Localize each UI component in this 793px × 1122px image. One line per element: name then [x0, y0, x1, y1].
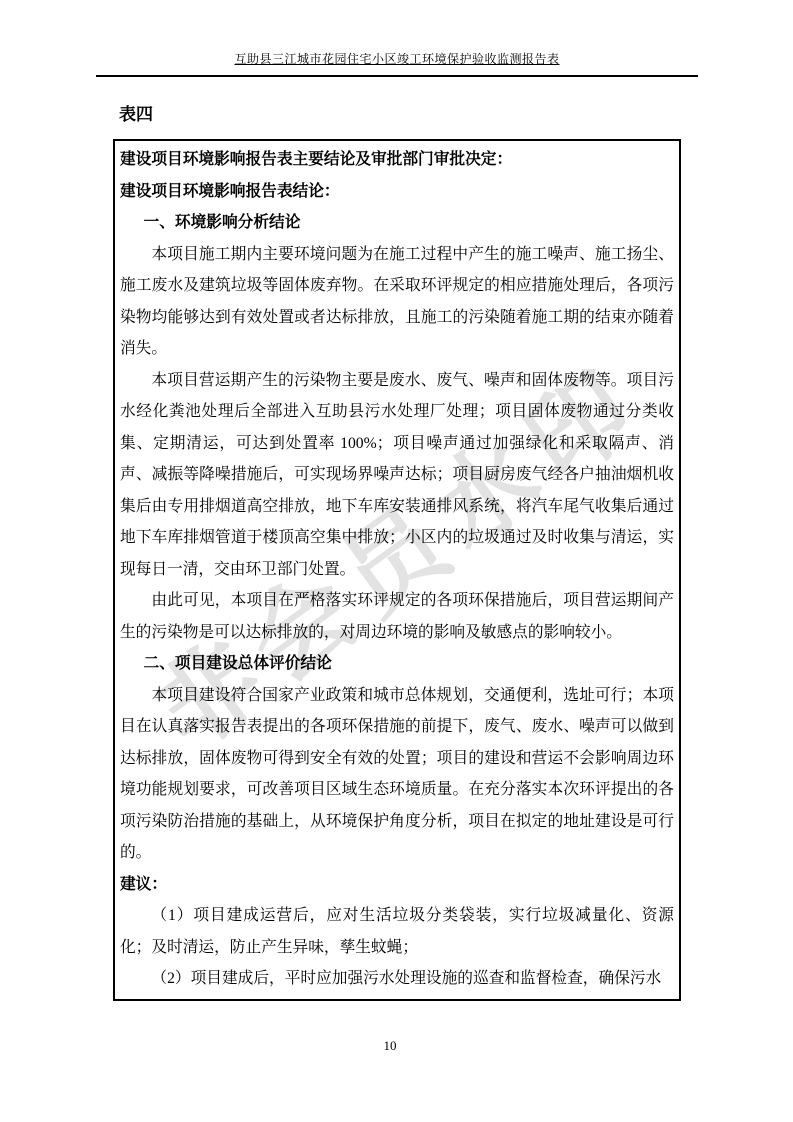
page-number: 10 [0, 1038, 780, 1054]
header-title: 互助县三江城市花园住宅小区竣工环境保护验收监测报告表 [234, 52, 559, 66]
table-paragraph: 建设项目环境影响报告表结论： [120, 176, 674, 208]
table-paragraph: 二、项目建设总体评价结论 [120, 648, 674, 680]
table-paragraph: 本项目营运期产生的污染物主要是废水、废气、噪声和固体废物等。项目污水经化粪池处理… [120, 365, 674, 586]
table-paragraph: （2）项目建成后，平时应加强污水处理设施的巡查和监督检查，确保污水 [120, 963, 674, 995]
table-paragraph: 由此可见，本项目在严格落实环评规定的各项环保措施后，项目营运期间产生的污染物是可… [120, 585, 674, 648]
table-paragraph: 建议： [120, 869, 674, 901]
table-paragraph: 本项目建设符合国家产业政策和城市总体规划，交通便利，选址可行；本项目在认真落实报… [120, 680, 674, 869]
table-label: 表四 [119, 100, 153, 125]
table-paragraph: （1）项目建成运营后，应对生活垃圾分类袋装，实行垃圾减量化、资源化；及时清运，防… [120, 900, 674, 963]
table-paragraph: 一、环境影响分析结论 [120, 207, 674, 239]
table-paragraph: 本项目施工期内主要环境问题为在施工过程中产生的施工噪声、施工扬尘、施工废水及建筑… [120, 239, 674, 365]
page-header: 互助县三江城市花园住宅小区竣工环境保护验收监测报告表 [96, 50, 698, 77]
report-table: 建设项目环境影响报告表主要结论及审批部门审批决定：建设项目环境影响报告表结论：一… [113, 139, 681, 1001]
table-paragraph: 建设项目环境影响报告表主要结论及审批部门审批决定： [120, 144, 674, 176]
table-content: 建设项目环境影响报告表主要结论及审批部门审批决定：建设项目环境影响报告表结论：一… [120, 144, 674, 995]
